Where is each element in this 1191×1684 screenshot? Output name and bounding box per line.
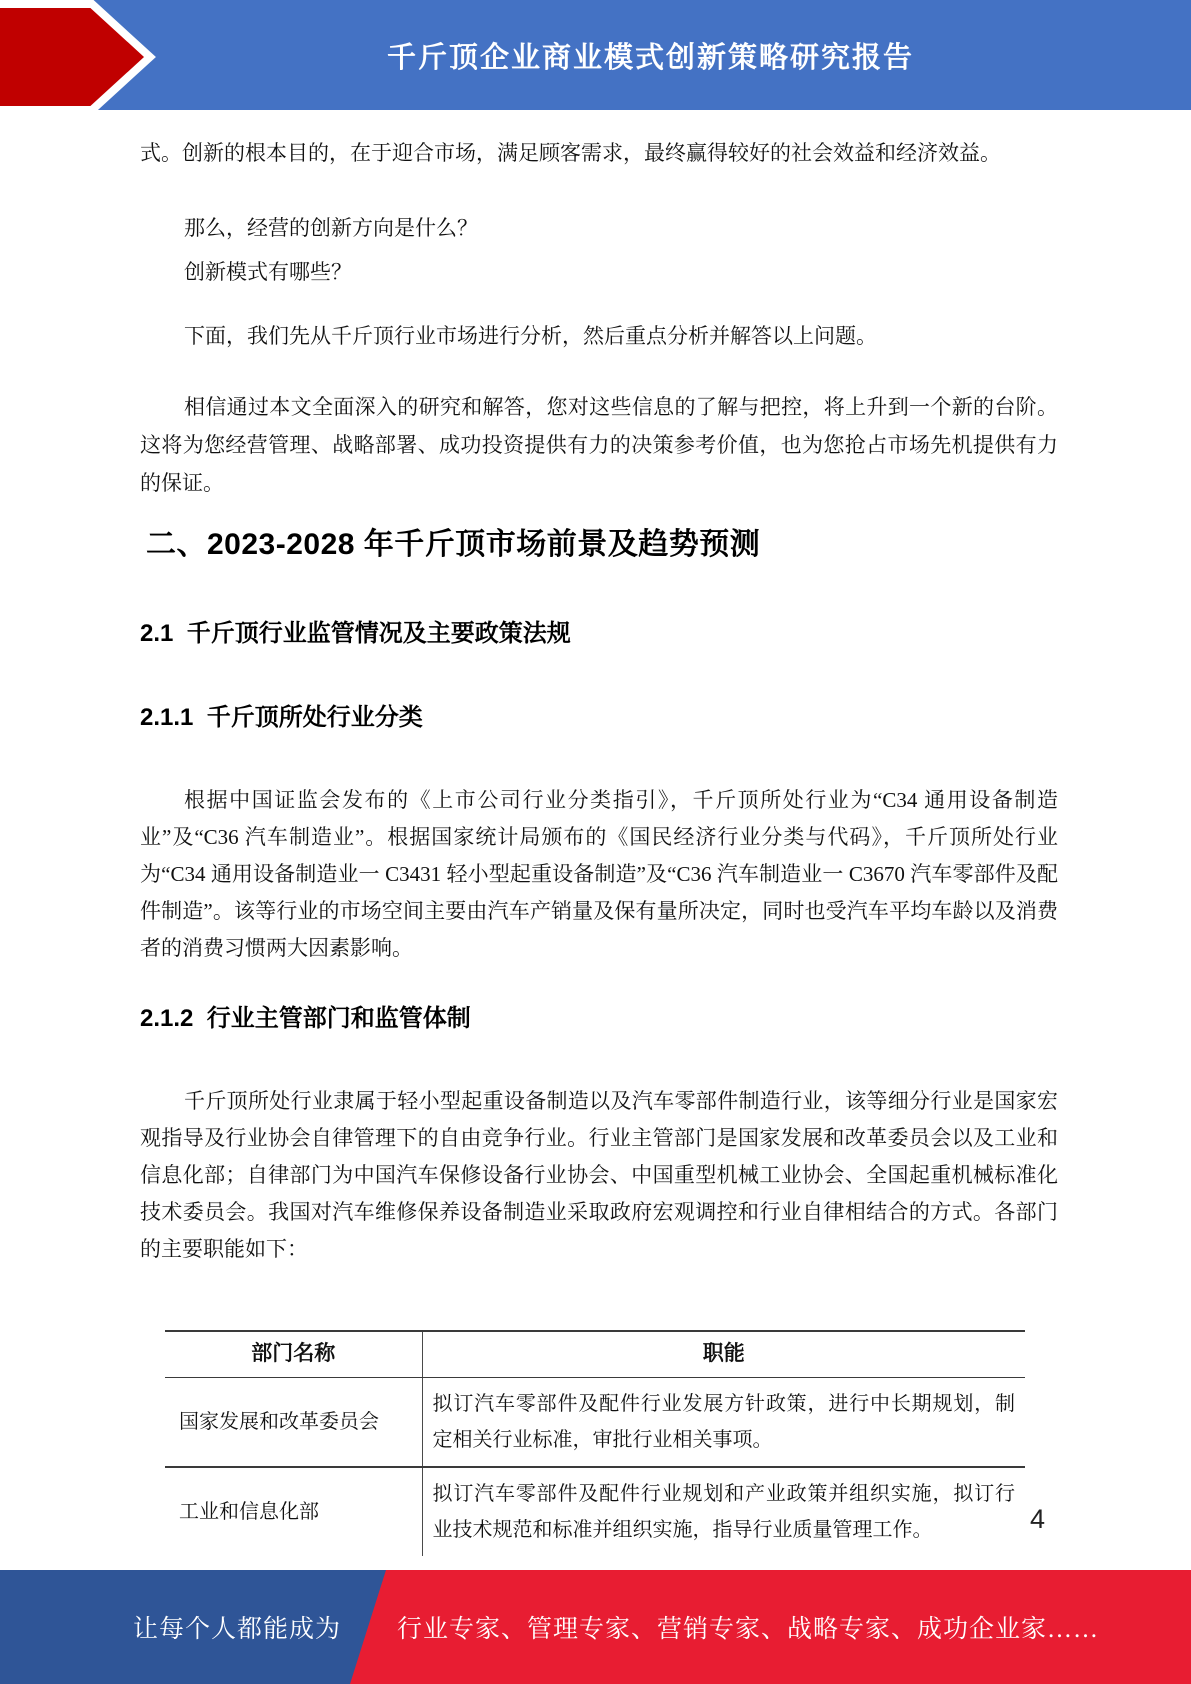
footer-slogan-right: 行业专家、管理专家、营销专家、战略专家、成功企业家…… xyxy=(397,1570,1171,1684)
report-page: { "header": { "title": "千斤顶企业商业模式创新策略研究报… xyxy=(0,0,1191,1684)
paragraph-regulators: 千斤顶所处行业隶属于轻小型起重设备制造以及汽车零部件制造行业，该等细分行业是国家… xyxy=(140,1083,1058,1268)
question-line-2: 创新模式有哪些？ xyxy=(140,253,1058,291)
table-cell-duty: 拟订汽车零部件及配件行业规划和产业政策并组织实施，拟订行 业技术规范和标准并组织… xyxy=(422,1467,1025,1556)
table-header-duty: 职能 xyxy=(422,1331,1025,1377)
table-row: 国家发展和改革委员会 拟订汽车零部件及配件行业发展方针政策，进行中长期规划，制 … xyxy=(165,1377,1025,1467)
paragraph-believe: 相信通过本文全面深入的研究和解答，您对这些信息的了解与把控，将上升到一个新的台阶… xyxy=(140,388,1058,502)
red-arrow-icon xyxy=(0,0,170,110)
subsection-heading-2-1-1: 2.1.1 千斤顶所处行业分类 xyxy=(140,704,1058,732)
table-cell-department: 工业和信息化部 xyxy=(165,1467,422,1556)
table-row: 工业和信息化部 拟订汽车零部件及配件行业规划和产业政策并组织实施，拟订行 业技术… xyxy=(165,1467,1025,1556)
footer-banner: 让每个人都能成为 行业专家、管理专家、营销专家、战略专家、成功企业家…… xyxy=(0,1570,1191,1684)
section-heading: 二、2023-2028 年千斤顶市场前景及趋势预测 xyxy=(146,528,1058,562)
header-banner: 千斤顶企业商业模式创新策略研究报告 xyxy=(0,0,1191,110)
question-line-1: 那么，经营的创新方向是什么？ xyxy=(140,209,1058,247)
document-body: 式。创新的根本目的，在于迎合市场，满足顾客需求，最终赢得较好的社会效益和经济效益… xyxy=(140,110,1058,1556)
table-header-row: 部门名称 职能 xyxy=(165,1331,1025,1377)
table-header-department: 部门名称 xyxy=(165,1331,422,1377)
subsection-heading-2-1-2: 2.1.2 行业主管部门和监管体制 xyxy=(140,1005,1058,1033)
subsection-heading-2-1: 2.1 千斤顶行业监管情况及主要政策法规 xyxy=(140,620,1058,648)
table-cell-department: 国家发展和改革委员会 xyxy=(165,1377,422,1467)
page-number: 4 xyxy=(1030,1504,1045,1535)
paragraph-next: 下面，我们先从千斤顶行业市场进行分析，然后重点分析并解答以上问题。 xyxy=(140,317,1058,355)
paragraph-industry-classification: 根据中国证监会发布的《上市公司行业分类指引》，千斤顶所处行业为“C34 通用设备… xyxy=(140,782,1058,967)
report-title: 千斤顶企业商业模式创新策略研究报告 xyxy=(170,0,1131,110)
department-duty-table: 部门名称 职能 国家发展和改革委员会 拟订汽车零部件及配件行业发展方针政策，进行… xyxy=(165,1330,1025,1556)
table-cell-duty: 拟订汽车零部件及配件行业发展方针政策，进行中长期规划，制 定相关行业标准，审批行… xyxy=(422,1377,1025,1467)
footer-slogan-left: 让每个人都能成为 xyxy=(133,1570,341,1684)
paragraph-continuation: 式。创新的根本目的，在于迎合市场，满足顾客需求，最终赢得较好的社会效益和经济效益… xyxy=(140,134,1058,172)
